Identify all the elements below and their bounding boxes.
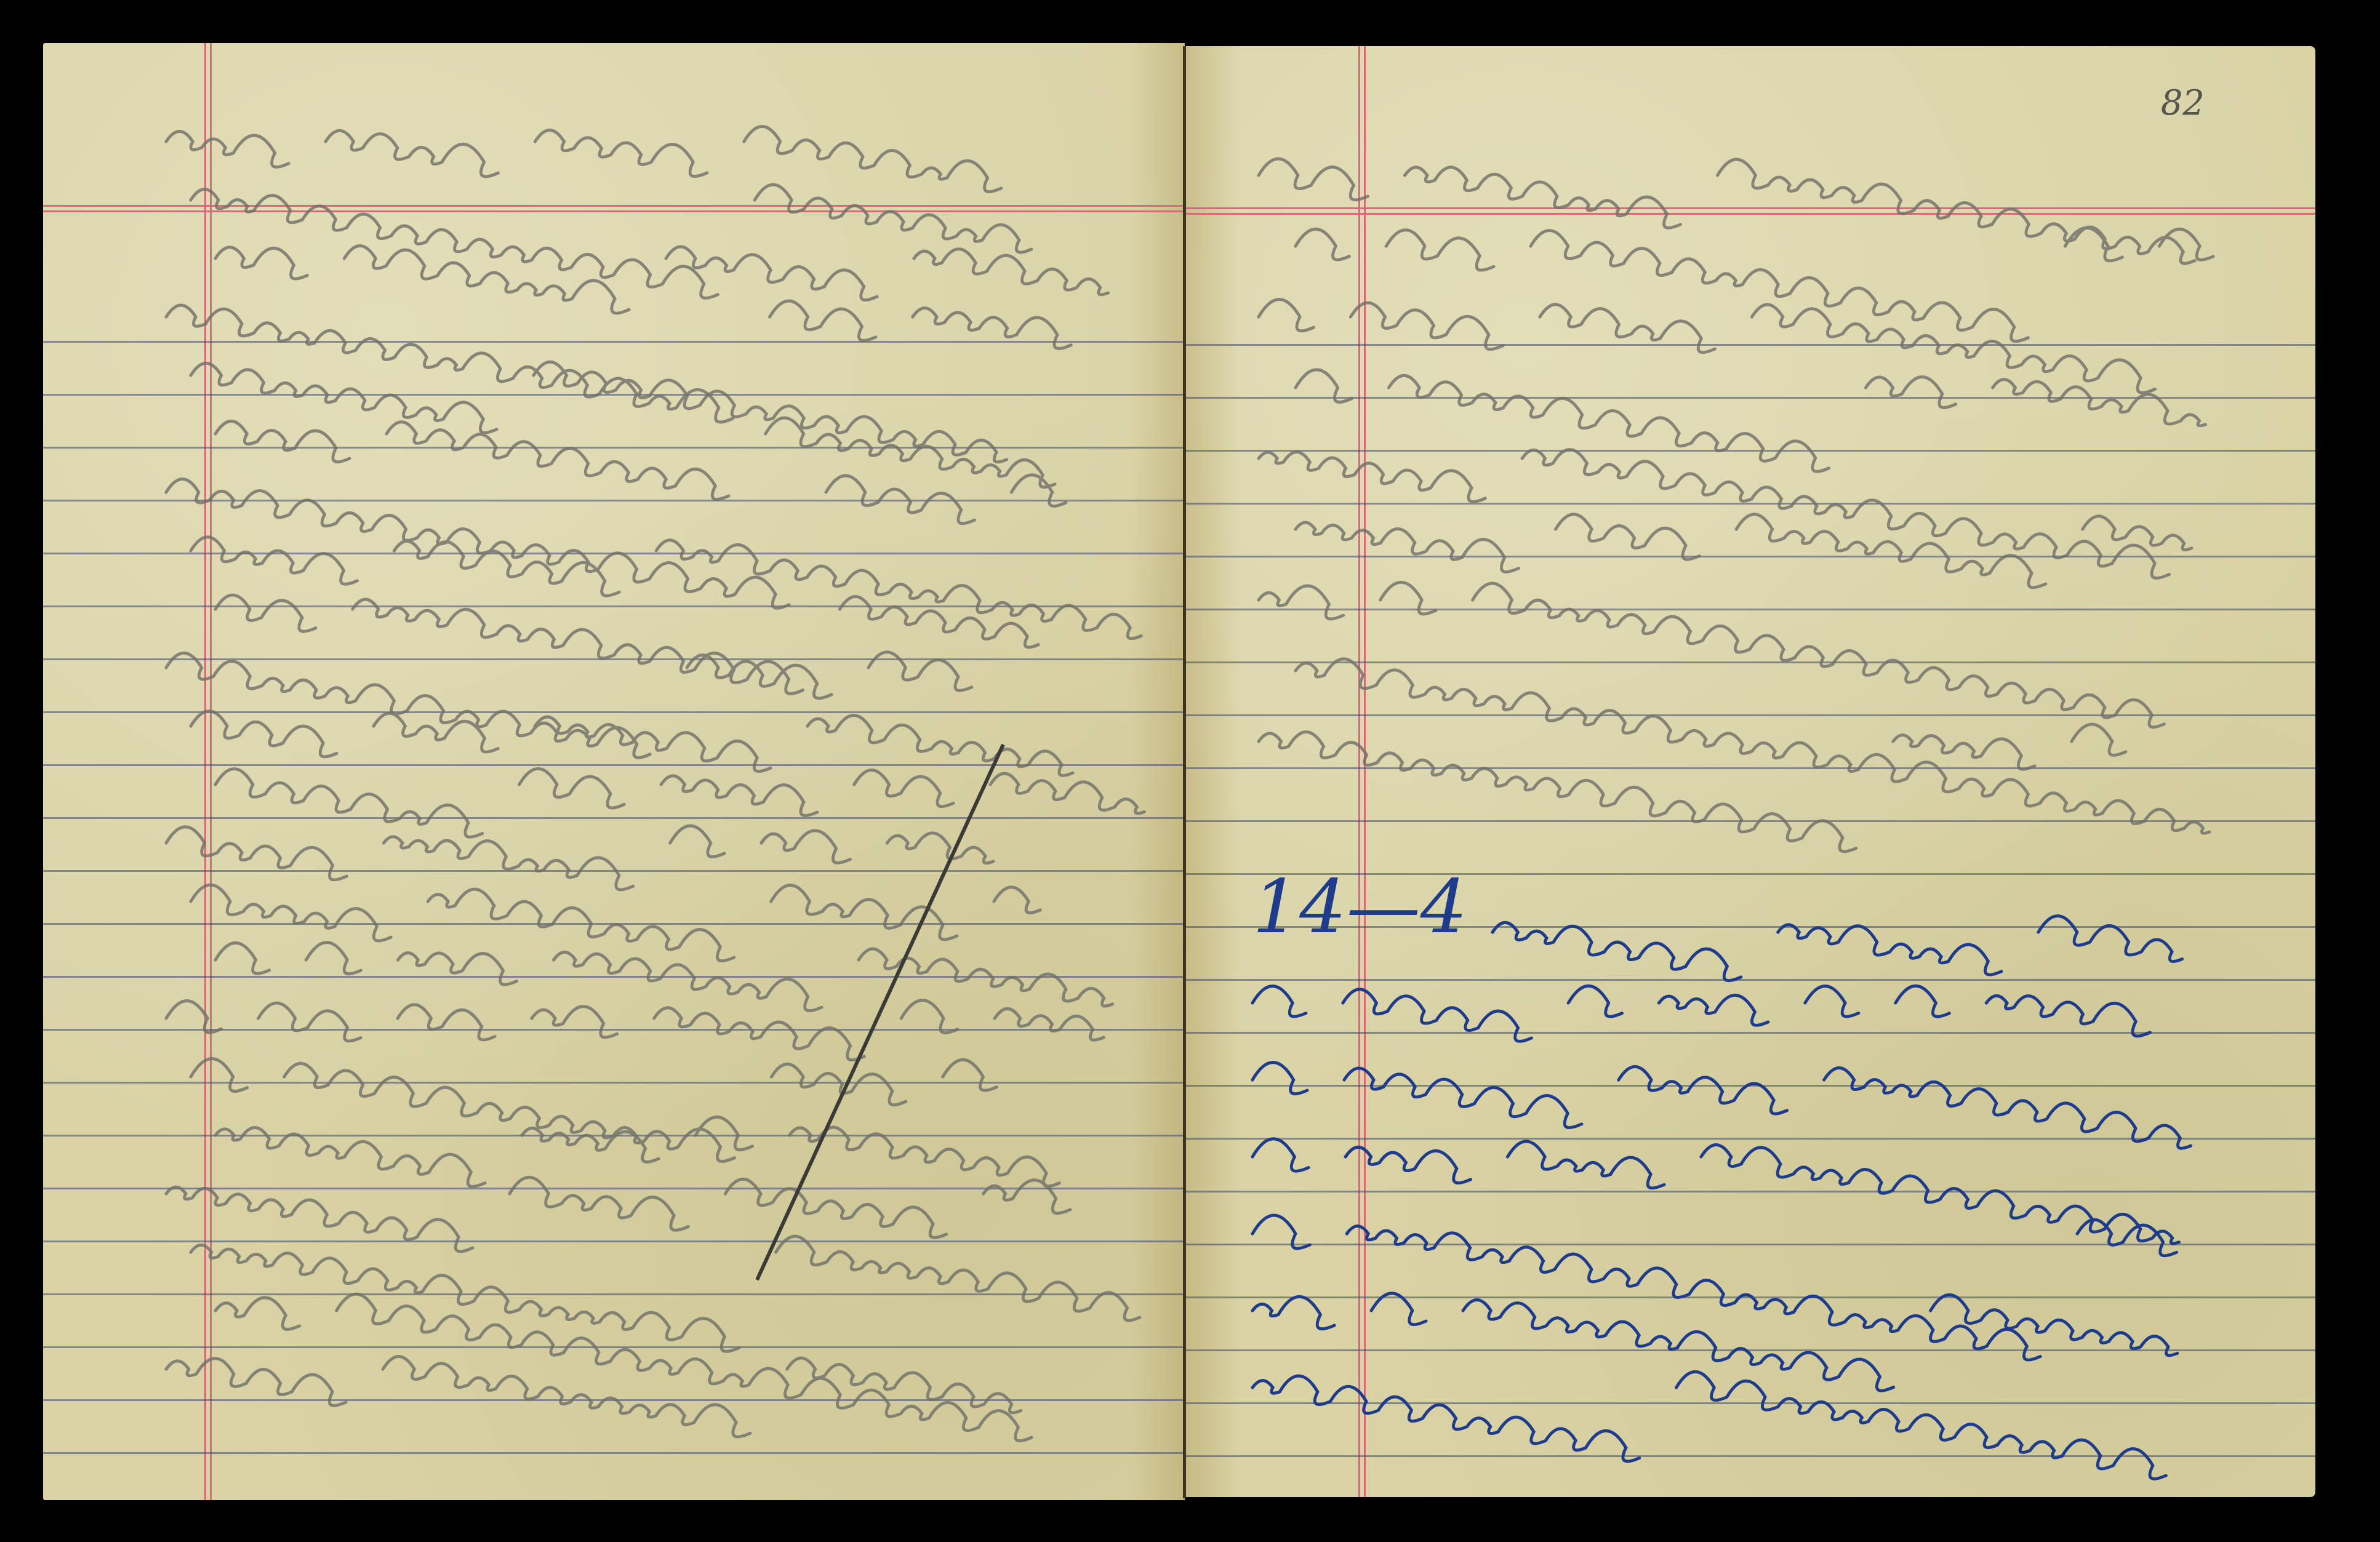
strike-through-stroke: [757, 745, 1003, 1280]
gutter-fold: [1183, 46, 1186, 1498]
entry-date: 14—4: [1252, 865, 1467, 950]
pencil-handwriting: [43, 43, 1185, 1500]
right-page: 82 14—4: [1185, 46, 2315, 1497]
left-page: [43, 43, 1185, 1500]
handwriting: [1185, 46, 2315, 1497]
